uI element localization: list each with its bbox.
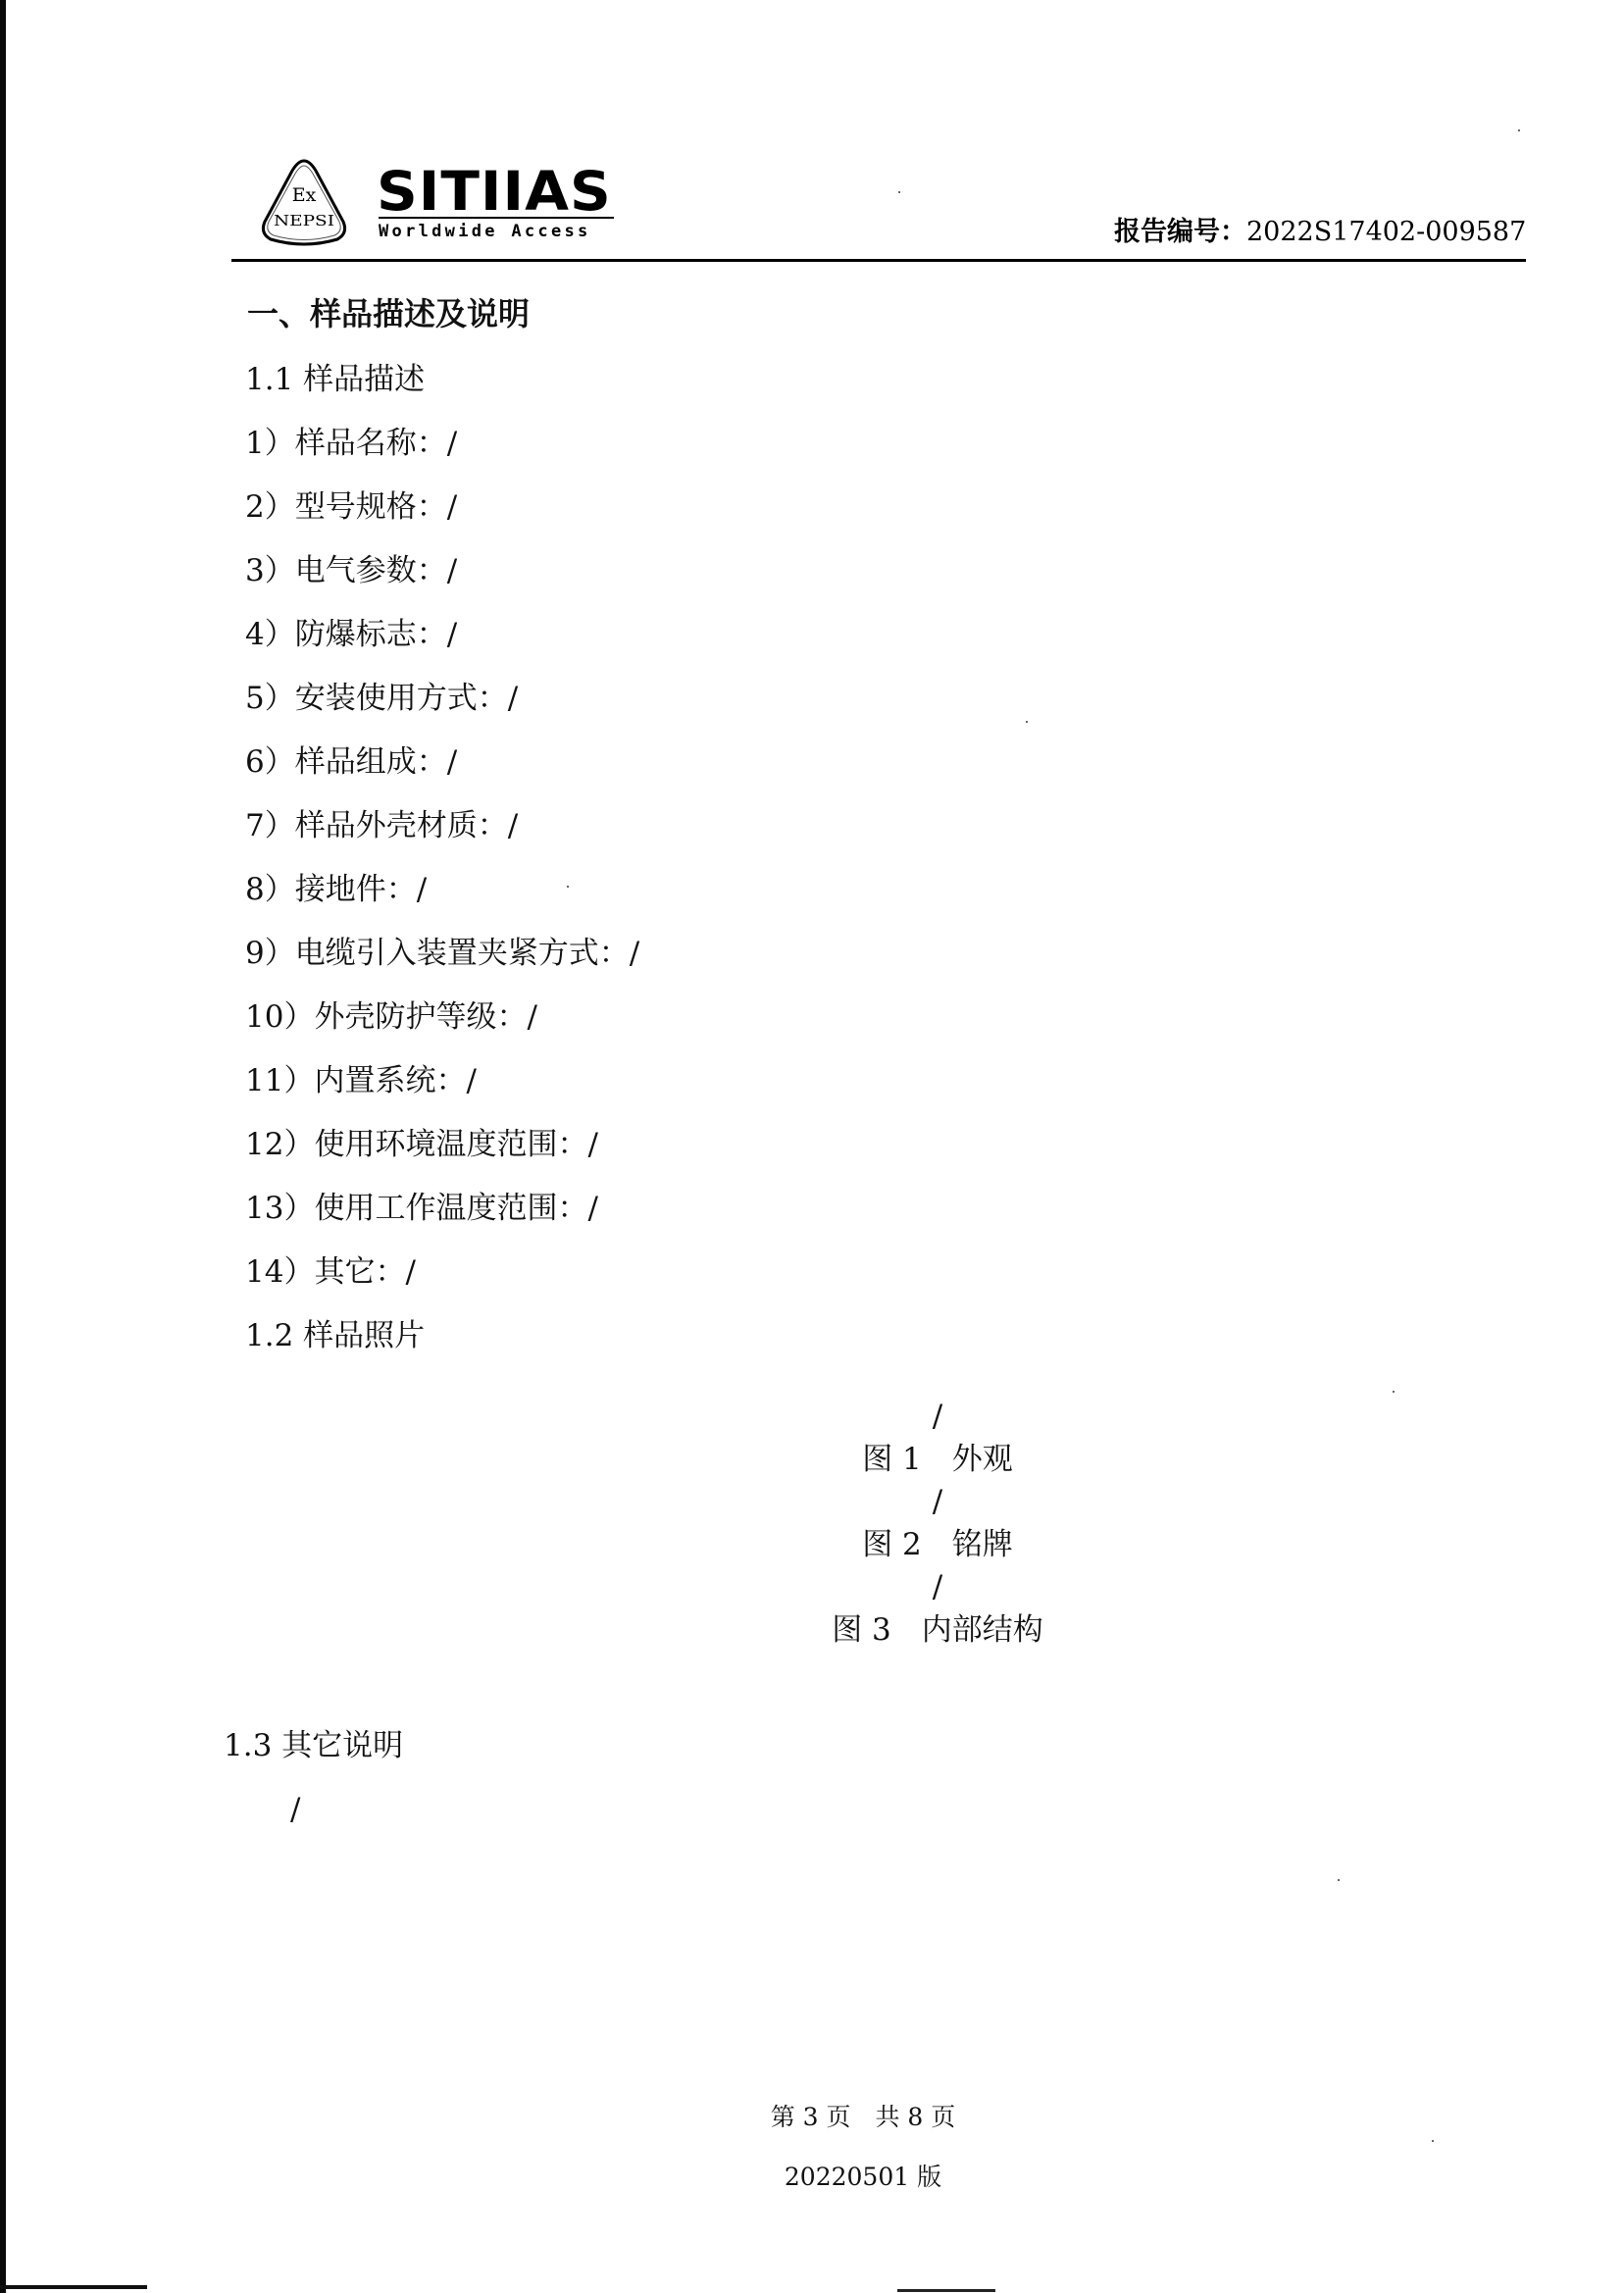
item-cable-entry-clamping: 9）电缆引入装置夹紧方式：/ [245,934,639,973]
scan-speck [1518,129,1520,131]
item-model-spec: 2）型号规格：/ [245,487,457,527]
item-label: 防爆标志： [295,617,447,652]
item-number: 13） [245,1191,314,1226]
scan-mark-bottom [897,2289,995,2292]
subsection-1-1-heading: 1.1 样品描述 [245,360,425,399]
item-value: / [405,1254,415,1290]
item-label: 使用工作温度范围： [314,1191,587,1226]
item-value: / [417,872,427,907]
item-ex-marking: 4）防爆标志：/ [245,615,457,654]
section-title: 一、样品描述及说明 [247,294,530,333]
scan-border-left [0,0,6,2293]
nepsi-logo-line2: NEPSI [274,212,334,229]
scan-speck [1026,721,1028,723]
item-value: / [447,426,457,461]
report-number-value: 2022S17402-009587 [1246,217,1526,247]
sitiias-tagline: Worldwide Access [379,222,591,241]
scan-speck [1338,1879,1340,1881]
item-value: / [466,1063,476,1098]
item-builtin-system: 11）内置系统：/ [245,1061,477,1100]
figure-1-caption: 图 1 外观 [741,1440,1134,1479]
other-notes-value: / [290,1790,300,1829]
item-label: 样品名称： [295,426,447,461]
item-label: 样品外壳材质： [295,808,508,843]
item-value: / [447,489,457,525]
item-label: 安装使用方式： [295,681,508,716]
page-number: 第 3 页 共 8 页 [667,2102,1059,2133]
sitiias-brand: SITIIAS [377,163,612,221]
item-value: / [447,553,457,588]
item-label: 电气参数： [295,553,447,588]
item-label: 型号规格： [295,489,447,525]
item-label: 使用环境温度范围： [314,1127,587,1162]
item-number: 7） [245,808,295,843]
sitiias-logo: SITIIAS Worldwide Access [377,161,618,245]
sitiias-logo-rule [379,217,614,219]
document-version: 20220501 版 [667,2162,1059,2193]
item-number: 12） [245,1127,314,1162]
item-ambient-temp-range: 12）使用环境温度范围：/ [245,1125,598,1164]
nepsi-logo: Ex NEPSI [257,157,351,247]
item-electrical-params: 3）电气参数：/ [245,551,457,590]
figure-2-caption: 图 2 铭牌 [741,1525,1134,1564]
item-installation-method: 5）安装使用方式：/ [245,679,518,718]
item-enclosure-material: 7）样品外壳材质：/ [245,806,518,845]
item-number: 14） [245,1254,314,1290]
report-number-label: 报告编号： [1114,217,1246,247]
subsection-1-3-heading: 1.3 其它说明 [224,1726,403,1765]
item-value: / [447,744,457,780]
item-value: / [587,1127,597,1162]
item-number: 2） [245,489,295,525]
item-number: 6） [245,744,295,780]
scan-speck [1432,2140,1434,2142]
item-number: 5） [245,681,295,716]
item-ip-rating: 10）外壳防护等级：/ [245,997,537,1037]
item-label: 接地件： [295,872,417,907]
item-value: / [630,936,639,971]
figure-1-placeholder: / [741,1397,1134,1436]
figure-2-placeholder: / [741,1482,1134,1521]
item-number: 3） [245,553,295,588]
item-working-temp-range: 13）使用工作温度范围：/ [245,1189,598,1228]
item-label: 电缆引入装置夹紧方式： [295,936,630,971]
item-label: 样品组成： [295,744,447,780]
item-value: / [508,808,518,843]
item-label: 内置系统： [314,1063,466,1098]
scan-speck [567,886,569,888]
item-label: 其它： [314,1254,405,1290]
item-number: 11） [245,1063,314,1098]
item-sample-composition: 6）样品组成：/ [245,742,457,782]
item-number: 8） [245,872,295,907]
item-number: 10） [245,999,314,1035]
item-number: 1） [245,426,295,461]
item-value: / [447,617,457,652]
figure-3-caption: 图 3 内部结构 [741,1610,1134,1650]
item-label: 外壳防护等级： [314,999,527,1035]
item-other: 14）其它：/ [245,1252,416,1292]
item-value: / [587,1191,597,1226]
item-value: / [508,681,518,716]
item-number: 9） [245,936,295,971]
item-number: 4） [245,617,295,652]
item-grounding: 8）接地件：/ [245,870,427,909]
report-number: 报告编号：2022S17402-009587 [1114,210,1526,248]
item-sample-name: 1）样品名称：/ [245,424,457,463]
item-value: / [527,999,536,1035]
scan-border-bottom [0,2285,147,2289]
nepsi-logo-line1: Ex [292,184,317,206]
scan-speck [898,191,900,193]
figure-3-placeholder: / [741,1567,1134,1606]
scan-speck [1393,1391,1395,1393]
header-divider [231,259,1526,262]
subsection-1-2-heading: 1.2 样品照片 [245,1316,425,1355]
